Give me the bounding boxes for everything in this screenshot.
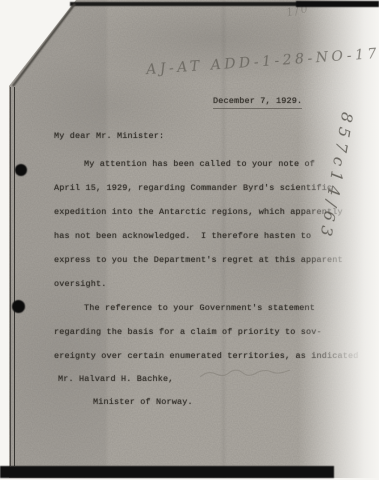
hole-punch-top (15, 164, 27, 176)
page-left-edge-outer (10, 87, 11, 466)
salutation: My dear Mr. Minister: (54, 131, 164, 141)
recipient-title: Minister of Norway. (93, 397, 193, 407)
body-line: My attention has been called to your not… (84, 159, 315, 169)
right-fade (298, 0, 379, 480)
body-line: regarding the basis for a claim of prior… (54, 327, 322, 337)
body-line: The reference to your Government's state… (84, 303, 315, 313)
page-left-edge-inner (14, 87, 16, 466)
scan-top-border (70, 2, 300, 6)
body-line: oversight. (54, 279, 107, 289)
body-line: April 15, 1929, regarding Commander Byrd… (54, 183, 332, 193)
body-line: has not been acknowledged. I therefore h… (54, 231, 311, 241)
scan-top-border-right (296, 1, 379, 7)
scan-bottom-border (0, 466, 334, 478)
letter-date: December 7, 1929. (213, 96, 302, 109)
pencil-scribble (198, 366, 293, 384)
scanned-letter-page: December 7, 1929. My dear Mr. Minister: … (0, 0, 379, 480)
recipient-name: Mr. Halvard H. Bachke, (58, 374, 174, 384)
hole-punch-bottom (12, 300, 25, 313)
